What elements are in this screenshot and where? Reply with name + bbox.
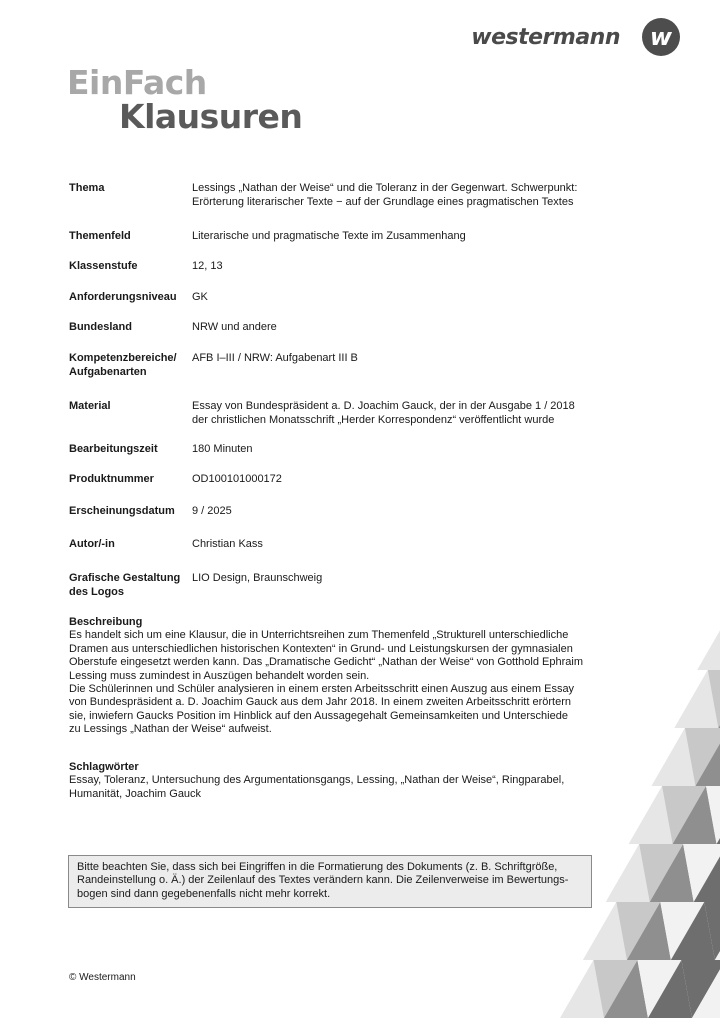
metadata-row: Bearbeitungszeit180 Minuten (69, 443, 592, 457)
metadata-label: Produktnummer (69, 473, 192, 487)
metadata-row: ThemaLessings „Nathan der Weise“ und die… (69, 182, 592, 209)
publisher-wordmark: westermann (471, 25, 620, 50)
metadata-value: Lessings „Nathan der Weise“ und die Tole… (192, 182, 592, 209)
metadata-value: GK (192, 291, 592, 305)
series-logo-line1: EinFach (67, 66, 302, 100)
metadata-row: ProduktnummerOD100101000172 (69, 473, 592, 487)
metadata-value: AFB I–III / NRW: Aufgabenart III B (192, 352, 592, 379)
metadata-row: MaterialEssay von Bundespräsident a. D. … (69, 400, 592, 427)
metadata-row: AnforderungsniveauGK (69, 291, 592, 305)
series-logo-line2: Klausuren (67, 100, 302, 134)
metadata-label: Thema (69, 182, 192, 209)
metadata-value: OD100101000172 (192, 473, 592, 487)
metadata-label: Kompetenzbereiche/ Aufgabenarten (69, 352, 192, 379)
metadata-row: ThemenfeldLiterarische und pragmatische … (69, 230, 592, 244)
metadata-label: Erscheinungsdatum (69, 505, 192, 519)
description-section: Beschreibung Es handelt sich um eine Kla… (69, 616, 589, 737)
metadata-value: LIO Design, Braunschweig (192, 572, 592, 599)
metadata-label: Anforderungsniveau (69, 291, 192, 305)
metadata-label: Themenfeld (69, 230, 192, 244)
metadata-label: Klassenstufe (69, 260, 192, 274)
keywords-heading: Schlagwörter (69, 761, 589, 774)
metadata-value: NRW und andere (192, 321, 592, 335)
metadata-value: Literarische und pragmatische Texte im Z… (192, 230, 592, 244)
metadata-value: Christian Kass (192, 538, 592, 552)
keywords-section: Schlagwörter Essay, Toleranz, Untersuchu… (69, 761, 589, 801)
metadata-label: Grafische Gestaltung des Logos (69, 572, 192, 599)
metadata-value: 9 / 2025 (192, 505, 592, 519)
description-heading: Beschreibung (69, 616, 589, 629)
metadata-row: Klassenstufe12, 13 (69, 260, 592, 274)
metadata-value: Essay von Bundespräsident a. D. Joachim … (192, 400, 592, 427)
metadata-row: Grafische Gestaltung des LogosLIO Design… (69, 572, 592, 599)
publisher-logo: westermann w (471, 18, 680, 56)
metadata-row: Erscheinungsdatum9 / 2025 (69, 505, 592, 519)
metadata-row: Autor/-inChristian Kass (69, 538, 592, 552)
metadata-row: BundeslandNRW und andere (69, 321, 592, 335)
metadata-label: Bundesland (69, 321, 192, 335)
formatting-notice-box: Bitte beachten Sie, dass sich bei Eingri… (68, 855, 592, 908)
metadata-label: Bearbeitungszeit (69, 443, 192, 457)
description-text: Es handelt sich um eine Klausur, die in … (69, 629, 589, 736)
copyright-footer: © Westermann (69, 972, 136, 983)
publisher-w-icon: w (642, 18, 680, 56)
metadata-label: Material (69, 400, 192, 427)
metadata-label: Autor/-in (69, 538, 192, 552)
metadata-value: 180 Minuten (192, 443, 592, 457)
series-logo: EinFach Klausuren (67, 66, 302, 134)
metadata-row: Kompetenzbereiche/ AufgabenartenAFB I–II… (69, 352, 592, 379)
metadata-value: 12, 13 (192, 260, 592, 274)
keywords-text: Essay, Toleranz, Untersuchung des Argume… (69, 774, 589, 801)
